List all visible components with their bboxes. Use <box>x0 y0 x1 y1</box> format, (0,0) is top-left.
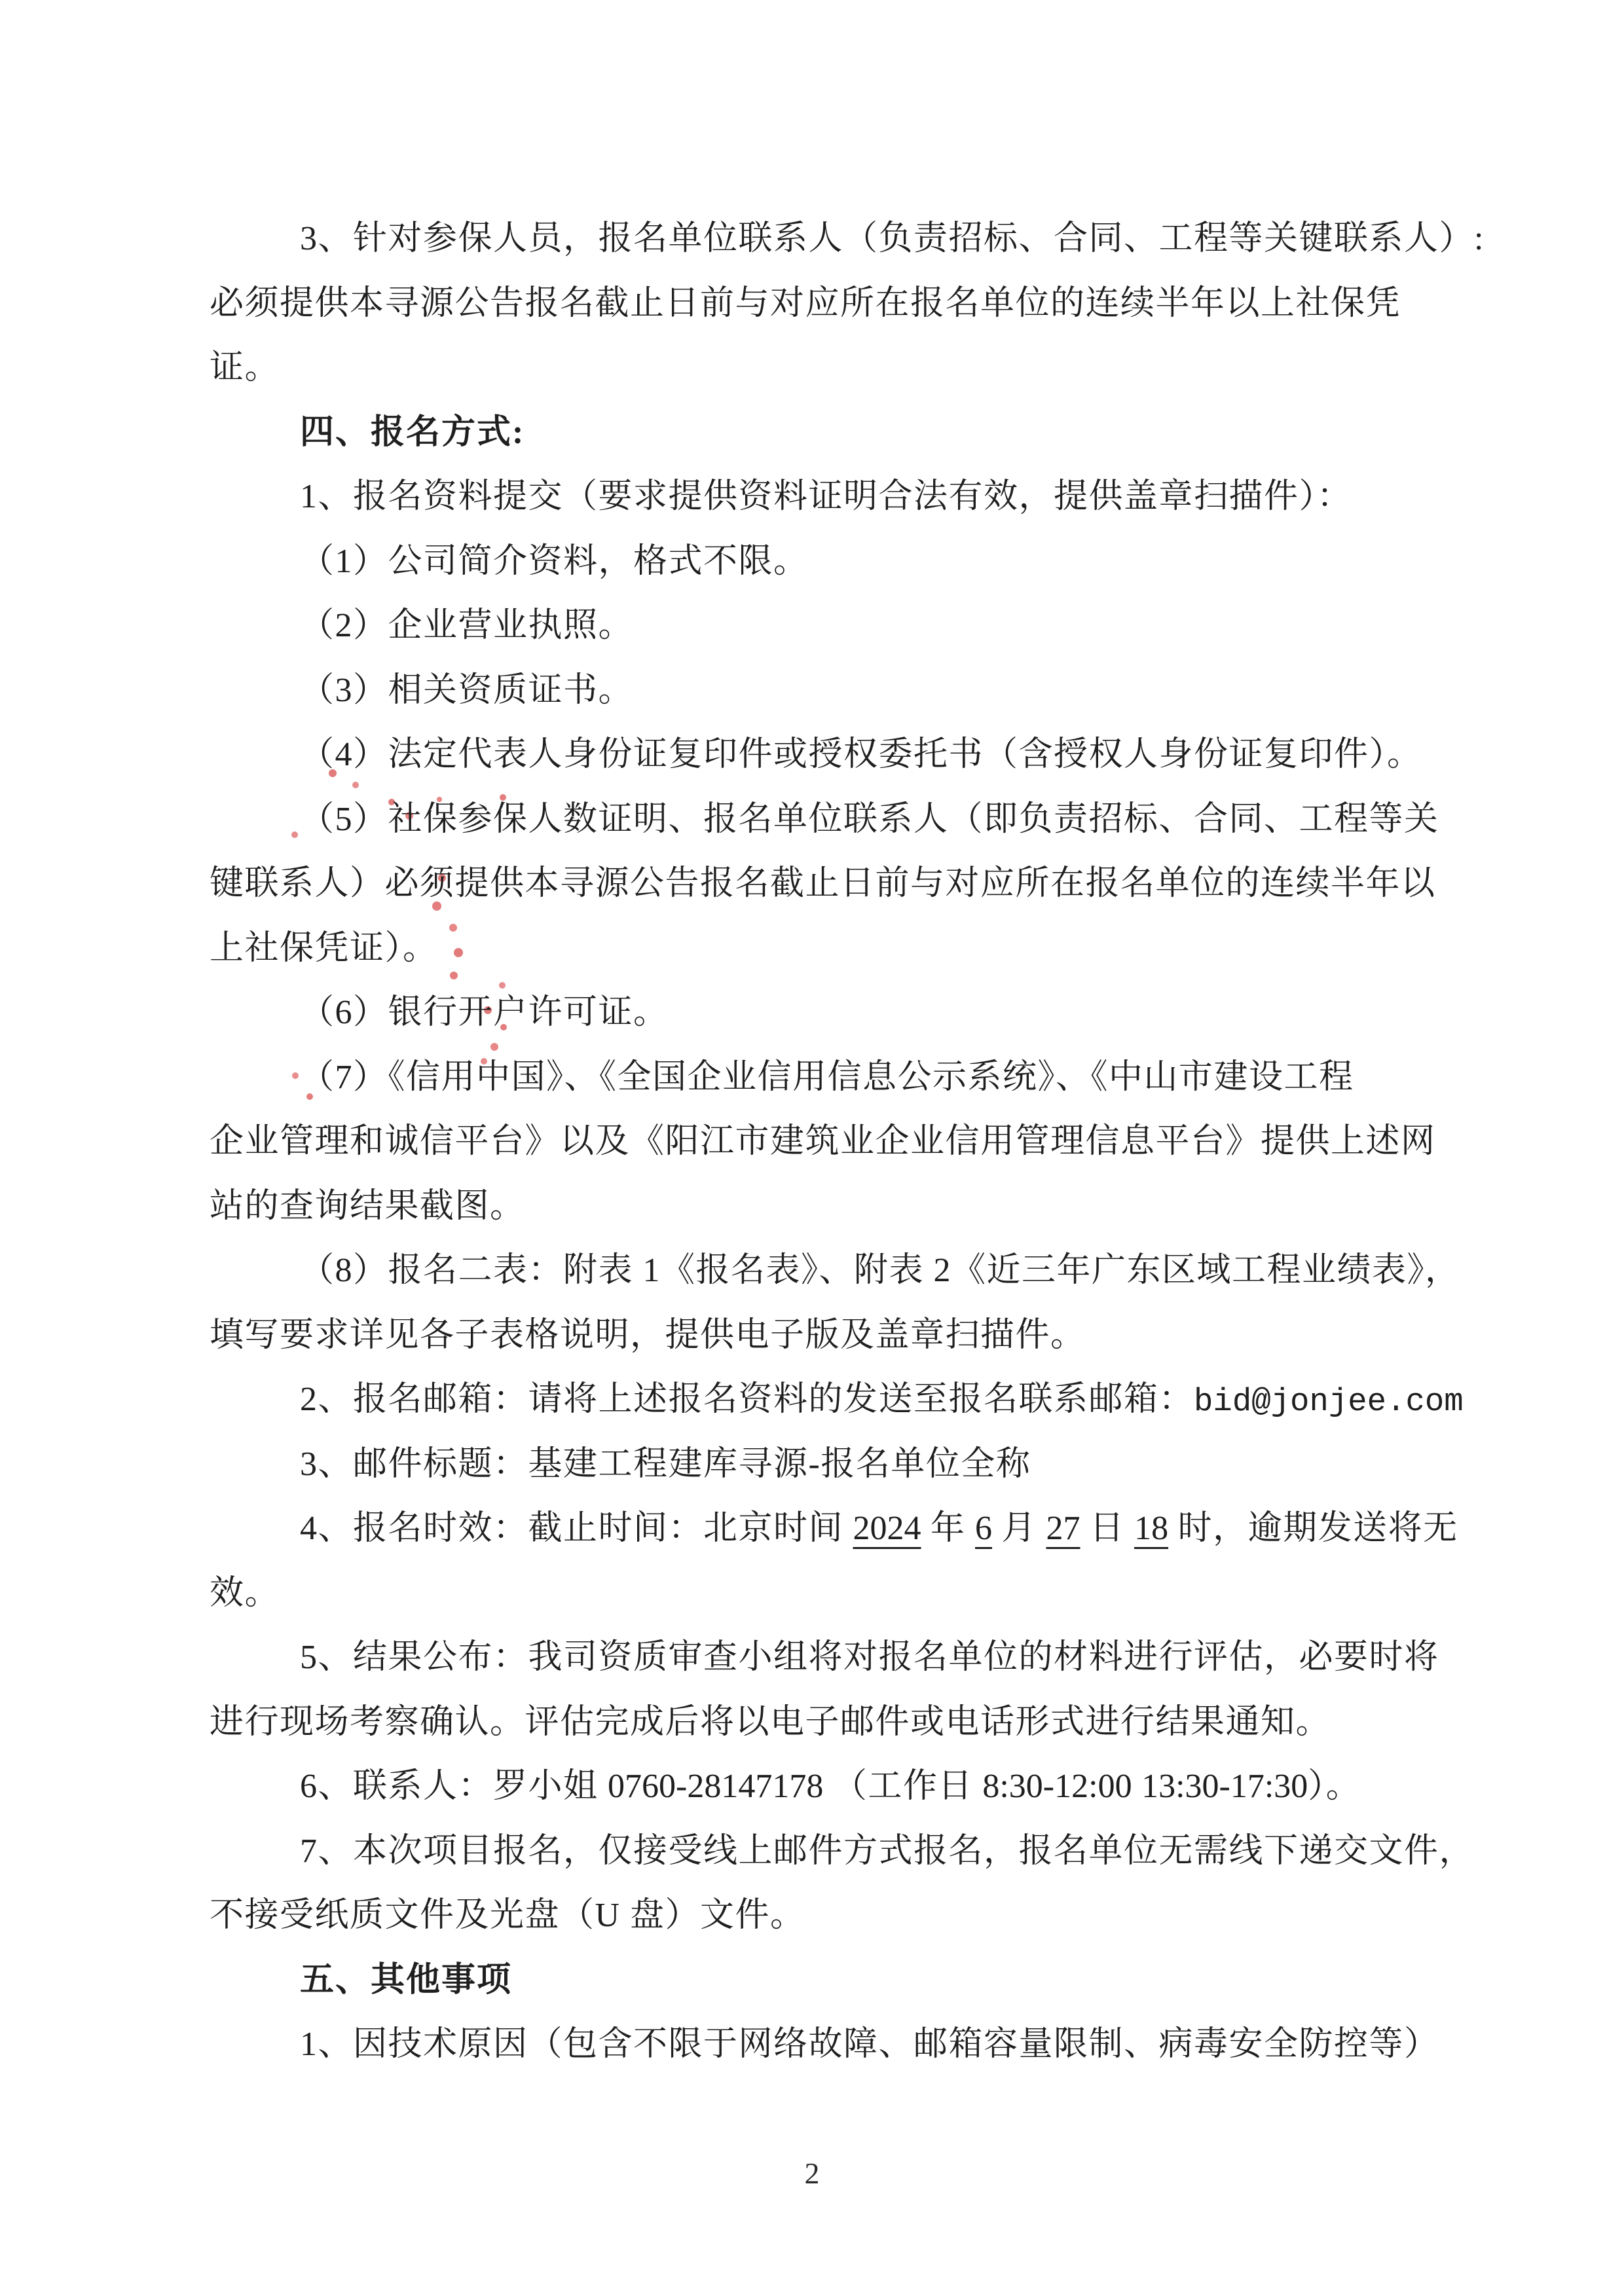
text-run: bid@jonjee.com <box>1194 1383 1464 1420</box>
text-line: 上社保凭证）。 <box>210 917 1421 981</box>
text-run: （1）公司简介资料，格式不限。 <box>300 543 809 580</box>
text-run: 站的查询结果截图。 <box>210 1188 525 1225</box>
text-run: 7、本次项目报名，仅接受线上邮件方式报名，报名单位无需线下递交文件， <box>300 1832 1474 1870</box>
text-run: 五、其他事项 <box>300 1961 512 1999</box>
text-line: 1、因技术原因（包含不限于网络故障、邮箱容量限制、病毒安全防控等） <box>210 2013 1421 2077</box>
text-run: 月 <box>992 1510 1046 1547</box>
text-run: 效。 <box>210 1575 280 1612</box>
text-line: 4、报名时效：截止时间：北京时间 2024 年 6 月 27 日 18 时，逾期… <box>210 1497 1421 1561</box>
red-ink-speckles <box>0 0 4 4</box>
text-line: （7）《信用中国》、《全国企业信用信息公示系统》、《中山市建设工程 <box>210 1046 1421 1110</box>
text-run: （4）法定代表人身份证复印件或授权委托书（含授权人身份证复印件）。 <box>300 736 1422 773</box>
text-line: 5、结果公布：我司资质审查小组将对报名单位的材料进行评估，必要时将 <box>210 1626 1421 1690</box>
text-line: （2）企业营业执照。 <box>210 594 1421 659</box>
text-line: 3、邮件标题：基建工程建库寻源-报名单位全称 <box>210 1432 1421 1497</box>
text-run: 1、因技术原因（包含不限于网络故障、邮箱容量限制、病毒安全防控等） <box>300 2026 1439 2063</box>
document-body: 3、针对参保人员，报名单位联系人（负责招标、合同、工程等关键联系人）:必须提供本… <box>210 207 1421 2077</box>
text-run: 18 <box>1134 1510 1168 1547</box>
text-run: 13:30-17:30 <box>1141 1768 1308 1805</box>
text-run: （7）《信用中国》、《全国企业信用信息公示系统》、《中山市建设工程 <box>300 1059 1354 1096</box>
text-line: 2、报名邮箱：请将上述报名资料的发送至报名联系邮箱：bid@jonjee.com <box>210 1368 1421 1432</box>
text-run: （3）相关资质证书。 <box>300 672 633 709</box>
text-run: （工作日 <box>823 1768 982 1805</box>
text-run: （2）企业营业执照。 <box>300 607 633 644</box>
text-run: （5）社保参保人数证明、报名单位联系人（即负责招标、合同、工程等关 <box>300 801 1439 838</box>
text-line: 3、针对参保人员，报名单位联系人（负责招标、合同、工程等关键联系人）: <box>210 207 1421 272</box>
text-run: 27 <box>1046 1510 1080 1547</box>
text-line: 站的查询结果截图。 <box>210 1175 1421 1239</box>
text-run: 进行现场考察确认。评估完成后将以电子邮件或电话形式进行结果通知。 <box>210 1704 1331 1741</box>
text-run <box>1132 1768 1142 1805</box>
text-line: 填写要求详见各子表格说明，提供电子版及盖章扫描件。 <box>210 1303 1421 1368</box>
text-line: 四、报名方式: <box>210 401 1421 465</box>
text-run: 四、报名方式: <box>300 414 525 451</box>
text-line: 6、联系人：罗小姐 0760-28147178 （工作日 8:30-12:00 … <box>210 1755 1421 1819</box>
text-line: （8）报名二表：附表 1《报名表》、附表 2《近三年广东区域工程业绩表》， <box>210 1239 1421 1303</box>
text-run: 上社保凭证）。 <box>210 930 438 967</box>
text-run: 4、报名时效：截止时间：北京时间 <box>300 1510 853 1547</box>
text-line: （3）相关资质证书。 <box>210 659 1421 723</box>
text-run: 2024 <box>853 1510 921 1547</box>
text-line: 不接受纸质文件及光盘（U 盘）文件。 <box>210 1884 1421 1948</box>
text-run: 证。 <box>210 349 280 386</box>
text-run: （6）银行开户许可证。 <box>300 994 669 1031</box>
text-run: 5、结果公布：我司资质审查小组将对报名单位的材料进行评估，必要时将 <box>300 1639 1439 1676</box>
text-line: （5）社保参保人数证明、报名单位联系人（即负责招标、合同、工程等关 <box>210 788 1421 852</box>
text-run: （8）报名二表：附表 1《报名表》、附表 2《近三年广东区域工程业绩表》， <box>300 1252 1460 1289</box>
text-line: 五、其他事项 <box>210 1948 1421 2013</box>
text-line: （6）银行开户许可证。 <box>210 981 1421 1046</box>
document-page: 3、针对参保人员，报名单位联系人（负责招标、合同、工程等关键联系人）:必须提供本… <box>0 0 1624 2296</box>
page-number: 2 <box>0 2154 1624 2193</box>
text-run: 必须提供本寻源公告报名截止日前与对应所在报名单位的连续半年以上社保凭 <box>210 285 1401 322</box>
text-line: 进行现场考察确认。评估完成后将以电子邮件或电话形式进行结果通知。 <box>210 1690 1421 1755</box>
text-line: 必须提供本寻源公告报名截止日前与对应所在报名单位的连续半年以上社保凭 <box>210 272 1421 337</box>
text-run: 填写要求详见各子表格说明，提供电子版及盖章扫描件。 <box>210 1317 1086 1354</box>
text-line: 1、报名资料提交（要求提供资料证明合法有效，提供盖章扫描件）： <box>210 465 1421 530</box>
text-run: 2、报名邮箱：请将上述报名资料的发送至报名联系邮箱： <box>300 1381 1194 1418</box>
text-line: 7、本次项目报名，仅接受线上邮件方式报名，报名单位无需线下递交文件， <box>210 1819 1421 1884</box>
text-run: 3、邮件标题：基建工程建库寻源-报名单位全称 <box>300 1446 1031 1483</box>
text-run: 不接受纸质文件及光盘（U 盘）文件。 <box>210 1897 805 1934</box>
text-run: 3、针对参保人员，报名单位联系人（负责招标、合同、工程等关键联系人）: <box>300 220 1485 257</box>
text-run: 企业管理和诚信平台》以及《阳江市建筑业企业信用管理信息平台》提供上述网 <box>210 1123 1436 1160</box>
text-run: 8:30-12:00 <box>982 1768 1132 1805</box>
text-run: 键联系人）必须提供本寻源公告报名截止日前与对应所在报名单位的连续半年以 <box>210 865 1436 902</box>
text-run: ）。 <box>1308 1768 1361 1805</box>
text-line: 企业管理和诚信平台》以及《阳江市建筑业企业信用管理信息平台》提供上述网 <box>210 1110 1421 1175</box>
text-run: 日 <box>1080 1510 1135 1547</box>
text-run: 6、联系人：罗小姐 <box>300 1768 608 1805</box>
text-line: 效。 <box>210 1561 1421 1626</box>
text-run: 时，逾期发送将无 <box>1168 1510 1458 1547</box>
text-line: （1）公司简介资料，格式不限。 <box>210 530 1421 594</box>
text-line: 键联系人）必须提供本寻源公告报名截止日前与对应所在报名单位的连续半年以 <box>210 852 1421 917</box>
text-run: 1、报名资料提交（要求提供资料证明合法有效，提供盖章扫描件）： <box>300 478 1352 515</box>
text-run: 6 <box>975 1510 992 1547</box>
text-line: （4）法定代表人身份证复印件或授权委托书（含授权人身份证复印件）。 <box>210 723 1421 788</box>
text-line: 证。 <box>210 336 1421 401</box>
text-run: 年 <box>921 1510 976 1547</box>
text-run: 0760-28147178 <box>608 1768 823 1805</box>
